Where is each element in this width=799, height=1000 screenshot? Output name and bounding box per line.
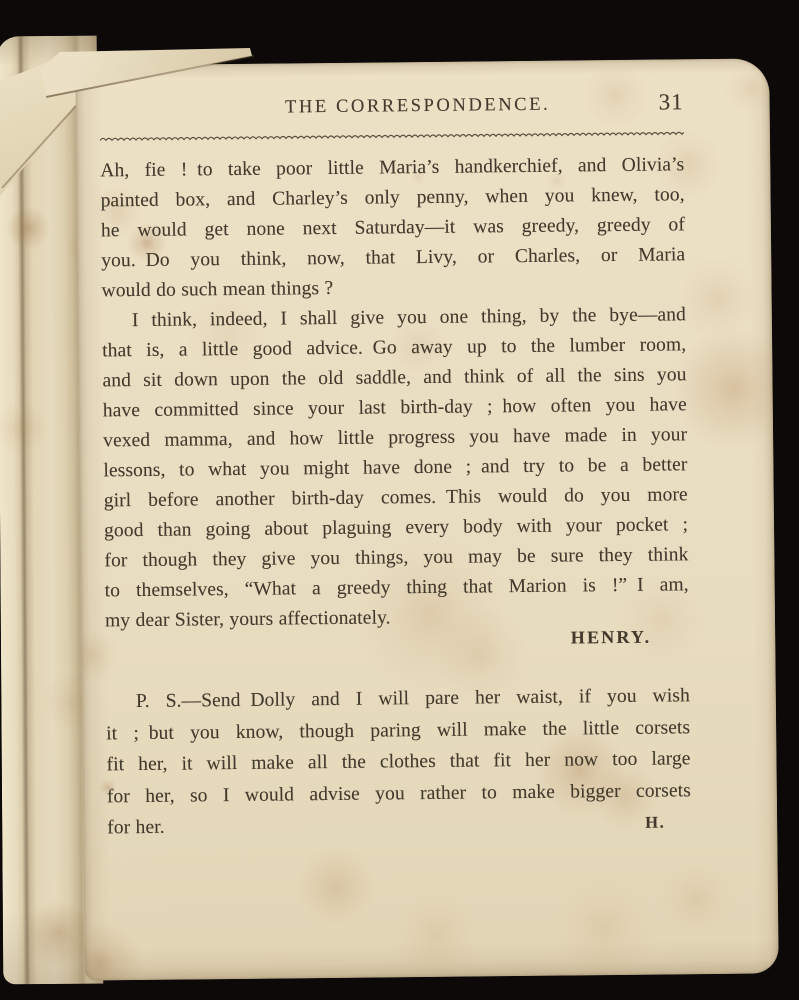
- text-line: for her. H.: [107, 806, 691, 844]
- paragraph-2: I think, indeed, I shall give you one th…: [102, 300, 689, 636]
- text-line: to themselves, “What a greedy thing that…: [105, 570, 689, 606]
- text-line: for her, so I would advise you rather to…: [107, 775, 691, 813]
- running-head: THE CORRESPONDENCE.: [126, 93, 710, 120]
- postscript-signature: H.: [645, 806, 691, 838]
- wavy-rule: [100, 129, 684, 143]
- postscript-last-words: for her.: [107, 812, 165, 844]
- book-photo: THE CORRESPONDENCE. 31 Ah, fie ! to take…: [0, 0, 799, 1000]
- book-page: THE CORRESPONDENCE. 31 Ah, fie ! to take…: [75, 58, 779, 980]
- page-header: THE CORRESPONDENCE. 31: [100, 93, 684, 127]
- paragraph-1: Ah, fie ! to take poor little Maria’s ha…: [100, 150, 686, 306]
- page-number: 31: [659, 89, 684, 115]
- text-line: you. Do you think, now, that Livy, or Ch…: [101, 240, 685, 276]
- postscript-paragraph: P. S.—Send Dolly and I will pare her wai…: [106, 680, 692, 844]
- page-content: THE CORRESPONDENCE. 31 Ah, fie ! to take…: [100, 93, 692, 844]
